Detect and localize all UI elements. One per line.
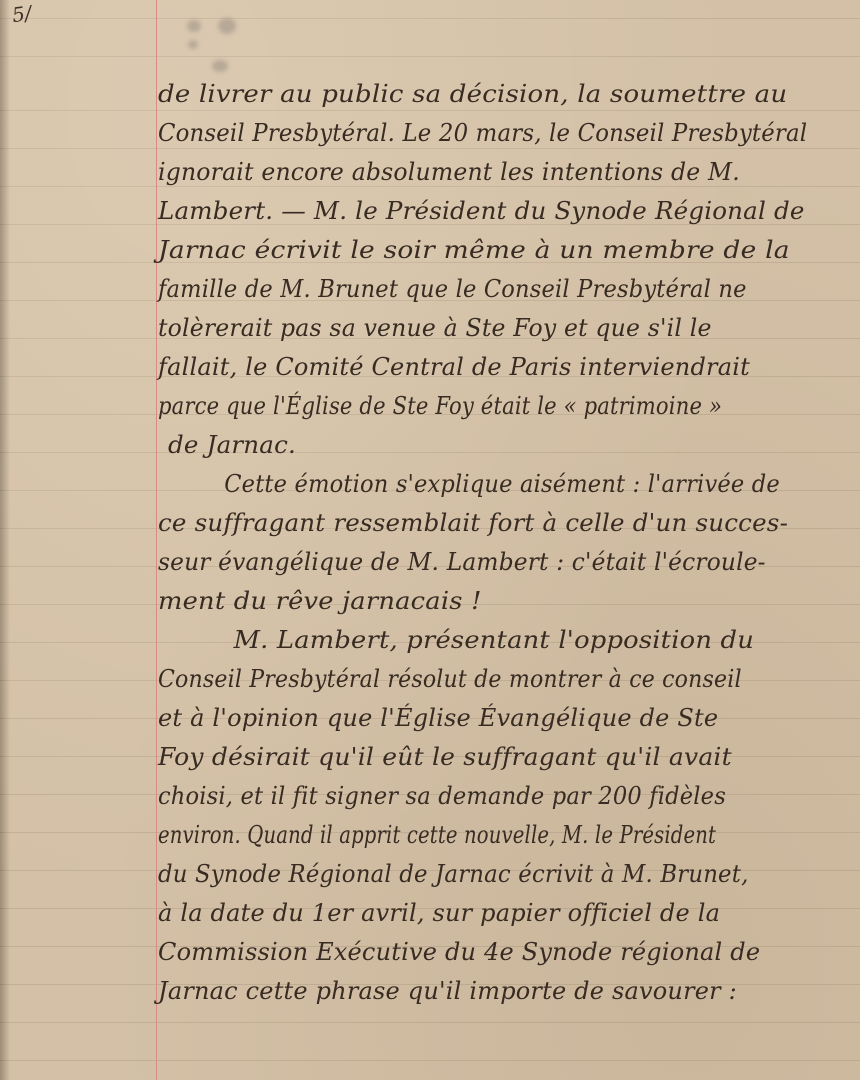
ink-stain (187, 20, 201, 32)
manuscript-line: de livrer au public sa décision, la soum… (158, 74, 860, 113)
manuscript-line: Commission Exécutive du 4e Synode région… (158, 932, 844, 971)
ink-stain (212, 60, 228, 72)
manuscript-line: ce suffragant ressemblait fort à celle d… (158, 503, 858, 542)
manuscript-body: de livrer au public sa décision, la soum… (158, 74, 858, 1010)
manuscript-line-paragraph-start: Cette émotion s'explique aisément : l'ar… (158, 464, 802, 503)
manuscript-line: tolèrerait pas sa venue à Ste Foy et que… (158, 308, 830, 347)
page-number: 5/ (10, 1, 33, 27)
manuscript-line: Foy désirait qu'il eût le suffragant qu'… (158, 737, 860, 776)
manuscript-line: du Synode Régional de Jarnac écrivit à M… (158, 854, 809, 893)
manuscript-line: Jarnac écrivit le soir même à un membre … (158, 230, 860, 269)
margin-rule (156, 0, 157, 1080)
manuscript-line: environ. Quand il apprit cette nouvelle,… (158, 815, 718, 854)
manuscript-line: et à l'opinion que l'Église Évangélique … (158, 698, 844, 737)
manuscript-line: fallait, le Comité Central de Paris inte… (158, 347, 844, 386)
manuscript-line: choisi, et il fit signer sa demande par … (158, 776, 802, 815)
manuscript-line: parce que l'Église de Ste Foy était le «… (158, 386, 760, 425)
manuscript-line-paragraph-start: M. Lambert, présentant l'opposition du (158, 620, 860, 659)
manuscript-line: ignorait encore absolument les intention… (158, 152, 830, 191)
ink-stain (218, 18, 236, 34)
manuscript-line: Jarnac cette phrase qu'il importe de sav… (158, 971, 844, 1010)
manuscript-line: de Jarnac. (158, 425, 858, 464)
manuscript-line: Lambert. — M. le Président du Synode Rég… (158, 191, 858, 230)
ink-stain (188, 40, 198, 49)
manuscript-line: Conseil Presbytéral. Le 20 mars, le Cons… (158, 113, 809, 152)
manuscript-line: à la date du 1er avril, sur papier offic… (158, 893, 844, 932)
manuscript-line: famille de M. Brunet que le Conseil Pres… (158, 269, 802, 308)
manuscript-line: seur évangélique de M. Lambert : c'était… (158, 542, 823, 581)
manuscript-line: ment du rêve jarnacais ! (158, 581, 860, 620)
manuscript-line: Conseil Presbytéral résolut de montrer à… (158, 659, 788, 698)
page-edge-shadow (0, 0, 10, 1080)
